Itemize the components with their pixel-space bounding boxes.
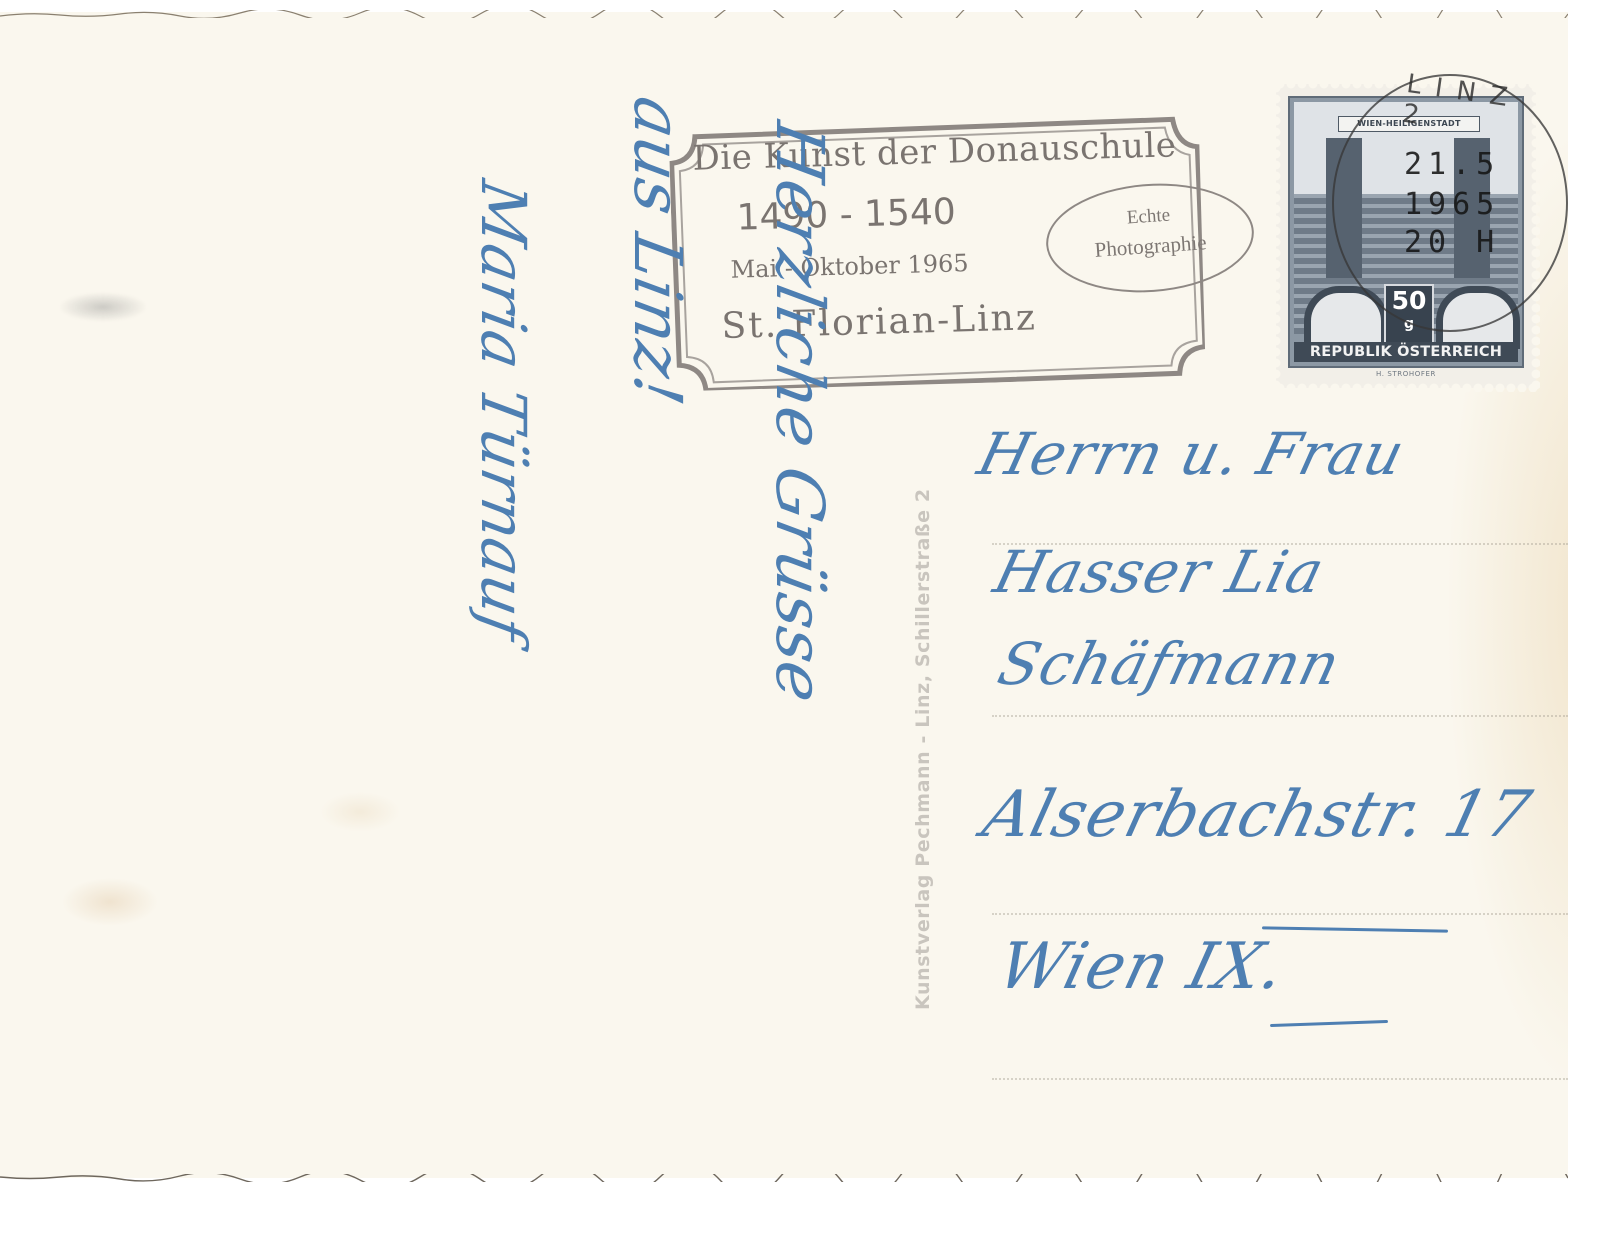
address-guide-line <box>992 715 1568 717</box>
stamp-designer: H. STROHOFER <box>1272 370 1540 378</box>
address-line-street: Alserbachstr. 17 <box>976 778 1539 852</box>
deckle-edge-bottom <box>0 1174 1568 1182</box>
address-line-salutation: Herrn u. Frau <box>972 420 1412 488</box>
postmark-date: 21.5 <box>1404 148 1500 182</box>
ink-smudge <box>58 292 148 322</box>
postmark: LINZ 2 21.5 1965 20 H <box>1332 74 1568 332</box>
address-line-surname: Schäfmann <box>992 630 1348 698</box>
postmark-year: 1965 <box>1404 188 1500 222</box>
address-line-city: Wien IX. <box>991 930 1293 1004</box>
deckle-edge-top <box>0 10 1568 18</box>
publisher-imprint: Kunstverlag Pechmann - Linz, Schillerstr… <box>912 488 934 1010</box>
stamp-country: REPUBLIK ÖSTERREICH <box>1294 342 1518 362</box>
address-guide-line <box>992 1078 1568 1080</box>
message-line-greeting: Herzliche Grüsse <box>761 116 838 708</box>
address-line-name: Hasser Lia <box>988 538 1332 606</box>
message-line-place: aus Linz! <box>619 91 696 410</box>
address-guide-line <box>992 913 1568 915</box>
message-signature: Maria Türnauf <box>467 175 540 645</box>
postmark-time: 20 H <box>1404 226 1500 260</box>
